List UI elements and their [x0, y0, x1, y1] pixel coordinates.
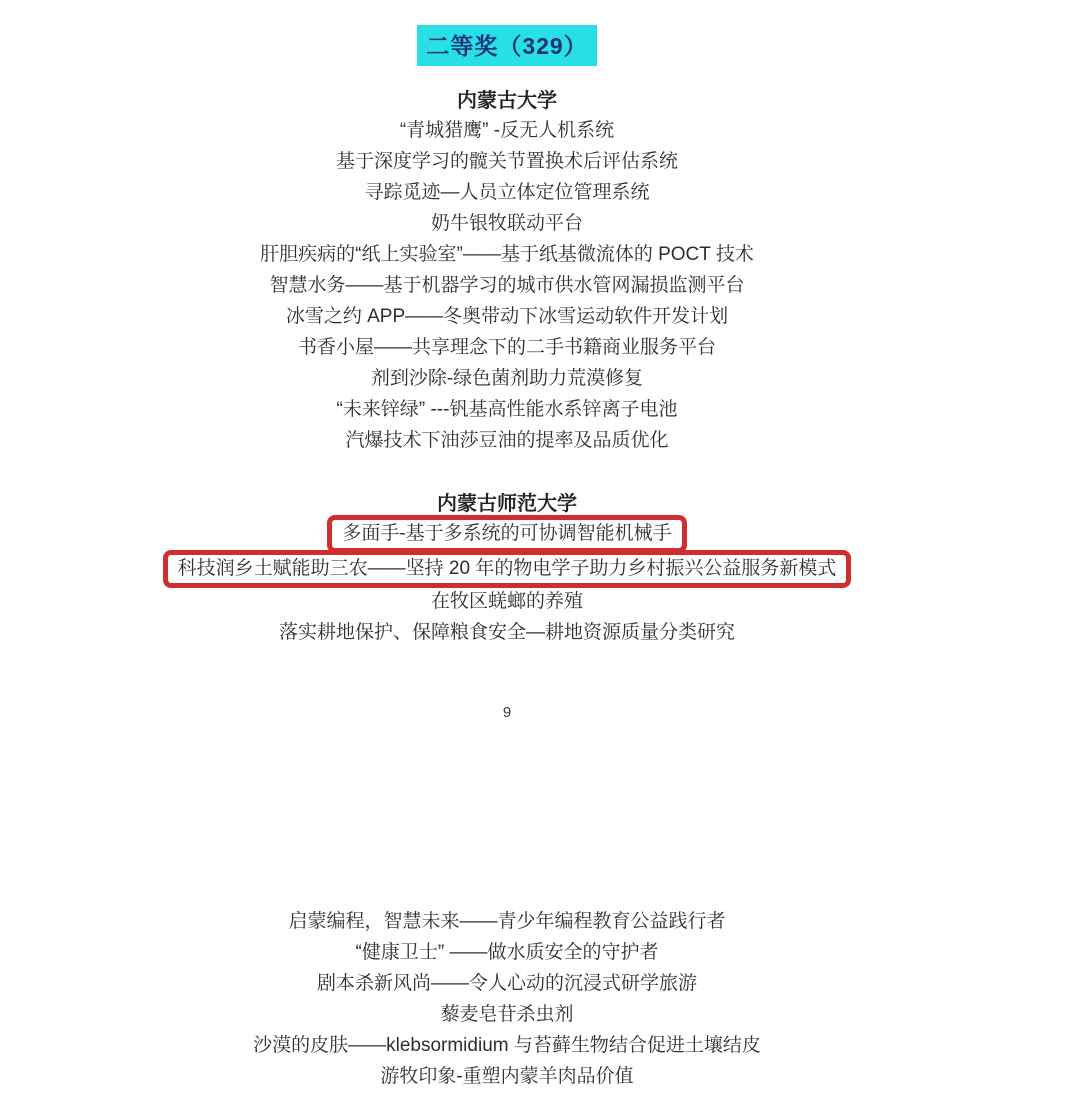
project-item: 在牧区蜣螂的养殖	[0, 586, 1014, 617]
document-page: 二等奖（329） 内蒙古大学 “青城猎鹰” -反无人机系统 基于深度学习的髋关节…	[0, 0, 1014, 1092]
project-item-red-boxed: 多面手-基于多系统的可协调智能机械手	[327, 515, 686, 553]
university-header-imnu: 内蒙古师范大学	[0, 492, 1014, 516]
university-header-imu: 内蒙古大学	[0, 89, 1014, 113]
project-item: 游牧印象-重塑内蒙羊肉品价值	[0, 1061, 1014, 1092]
page-number: 9	[0, 704, 1014, 722]
project-list-imu: “青城猎鹰” -反无人机系统 基于深度学习的髋关节置换术后评估系统 寻踪觅迹—人…	[0, 115, 1014, 456]
award-header-highlight: 二等奖（329）	[417, 25, 596, 66]
project-item: 智慧水务——基于机器学习的城市供水管网漏损监测平台	[0, 270, 1014, 301]
project-item: 书香小屋——共享理念下的二手书籍商业服务平台	[0, 332, 1014, 363]
annotation-box-row: 科技润乡土赋能助三农——坚持 20 年的物电学子助力乡村振兴公益服务新模式	[0, 550, 1014, 588]
project-item: 冰雪之约 APP——冬奥带动下冰雪运动软件开发计划	[0, 301, 1014, 332]
project-item: “未来锌绿” ---钒基高性能水系锌离子电池	[0, 394, 1014, 425]
project-item: 肝胆疾病的“纸上实验室”——基于纸基微流体的 POCT 技术	[0, 239, 1014, 270]
project-item: 剧本杀新风尚——令人心动的沉浸式研学旅游	[0, 968, 1014, 999]
project-item: 寻踪觅迹—人员立体定位管理系统	[0, 177, 1014, 208]
project-item: 基于深度学习的髋关节置换术后评估系统	[0, 146, 1014, 177]
project-item: 汽爆技术下油莎豆油的提率及品质优化	[0, 425, 1014, 456]
annotation-box-row: 多面手-基于多系统的可协调智能机械手	[0, 515, 1014, 553]
project-list-imnu: 在牧区蜣螂的养殖 落实耕地保护、保障粮食安全—耕地资源质量分类研究	[0, 586, 1014, 648]
award-header-row: 二等奖（329）	[0, 0, 1014, 62]
project-item: 落实耕地保护、保障粮食安全—耕地资源质量分类研究	[0, 617, 1014, 648]
project-item: 藜麦皂苷杀虫剂	[0, 999, 1014, 1030]
project-item: 奶牛银牧联动平台	[0, 208, 1014, 239]
project-item: 启蒙编程，智慧未来——青少年编程教育公益践行者	[0, 906, 1014, 937]
project-item: “健康卫士” ——做水质安全的守护者	[0, 937, 1014, 968]
project-item: “青城猎鹰” -反无人机系统	[0, 115, 1014, 146]
project-item-red-boxed: 科技润乡土赋能助三农——坚持 20 年的物电学子助力乡村振兴公益服务新模式	[163, 550, 852, 588]
project-item: 沙漠的皮肤——klebsormidium 与苔藓生物结合促进土壤结皮	[0, 1030, 1014, 1061]
project-item: 剂到沙除-绿色菌剂助力荒漠修复	[0, 363, 1014, 394]
project-list-continued: 启蒙编程，智慧未来——青少年编程教育公益践行者 “健康卫士” ——做水质安全的守…	[0, 906, 1014, 1092]
